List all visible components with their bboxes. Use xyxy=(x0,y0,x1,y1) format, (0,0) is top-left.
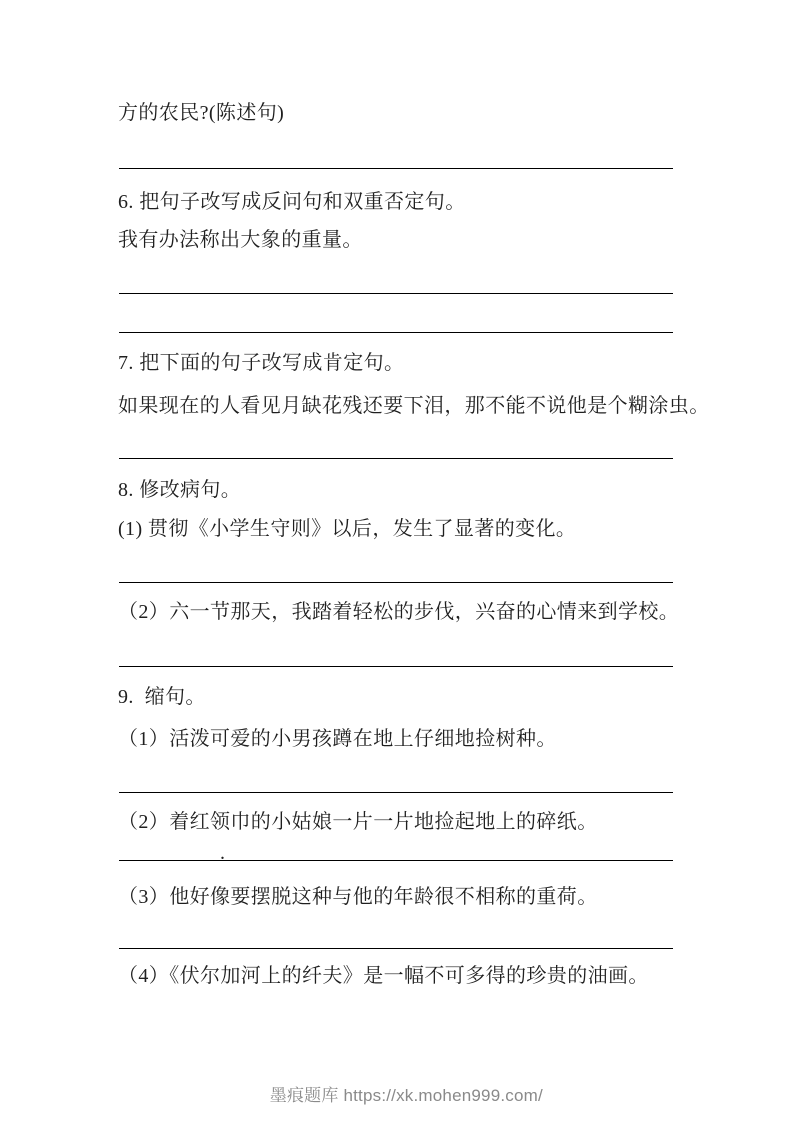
answer-blank-line xyxy=(119,582,673,583)
question-7-title: 7. 把下面的句子改写成肯定句。 xyxy=(118,353,404,373)
footer-site-url: 墨痕题库 https://xk.mohen999.com/ xyxy=(270,1086,543,1105)
answer-blank-line xyxy=(119,792,673,793)
answer-blank-line xyxy=(119,332,673,333)
question-9-item-2: （2）着红领巾的小姑娘一片一片地捡起地上的碎纸。 xyxy=(118,812,598,832)
worksheet-page: 方的农民?(陈述句) 6. 把句子改写成反问句和双重否定句。 我有办法称出大象的… xyxy=(0,0,793,1122)
footer-watermark: 墨痕题库 https://xk.mohen999.com/ xyxy=(0,1066,793,1122)
question-9-item-3: （3）他好像要摆脱这种与他的年龄很不相称的重荷。 xyxy=(118,887,598,907)
answer-blank-line xyxy=(119,666,673,667)
answer-blank-line xyxy=(119,860,673,861)
answer-blank-line xyxy=(119,458,673,459)
question-6-sentence: 我有办法称出大象的重量。 xyxy=(118,230,363,250)
question-8-title: 8. 修改病句。 xyxy=(118,480,241,500)
answer-blank-line xyxy=(119,168,673,169)
answer-blank-line xyxy=(119,948,673,949)
question-8-item-1: (1) 贯彻《小学生守则》以后，发生了显著的变化。 xyxy=(118,519,576,539)
question-9-item-1: （1）活泼可爱的小男孩蹲在地上仔细地捡树种。 xyxy=(118,729,557,749)
question-6-title: 6. 把句子改写成反问句和双重否定句。 xyxy=(118,192,466,212)
question-7-sentence: 如果现在的人看见月缺花残还要下泪，那不能不说他是个糊涂虫。 xyxy=(118,396,710,416)
answer-blank-line xyxy=(119,293,673,294)
question-9-title: 9. 缩句。 xyxy=(118,687,206,707)
question-9-item-4: （4）《伏尔加河上的纤夫》是一幅不可多得的珍贵的油画。 xyxy=(118,966,649,986)
carryover-sentence-fragment: 方的农民?(陈述句) xyxy=(118,103,284,123)
question-8-item-2: （2）六一节那天，我踏着轻松的步伐，兴奋的心情来到学校。 xyxy=(118,602,679,622)
